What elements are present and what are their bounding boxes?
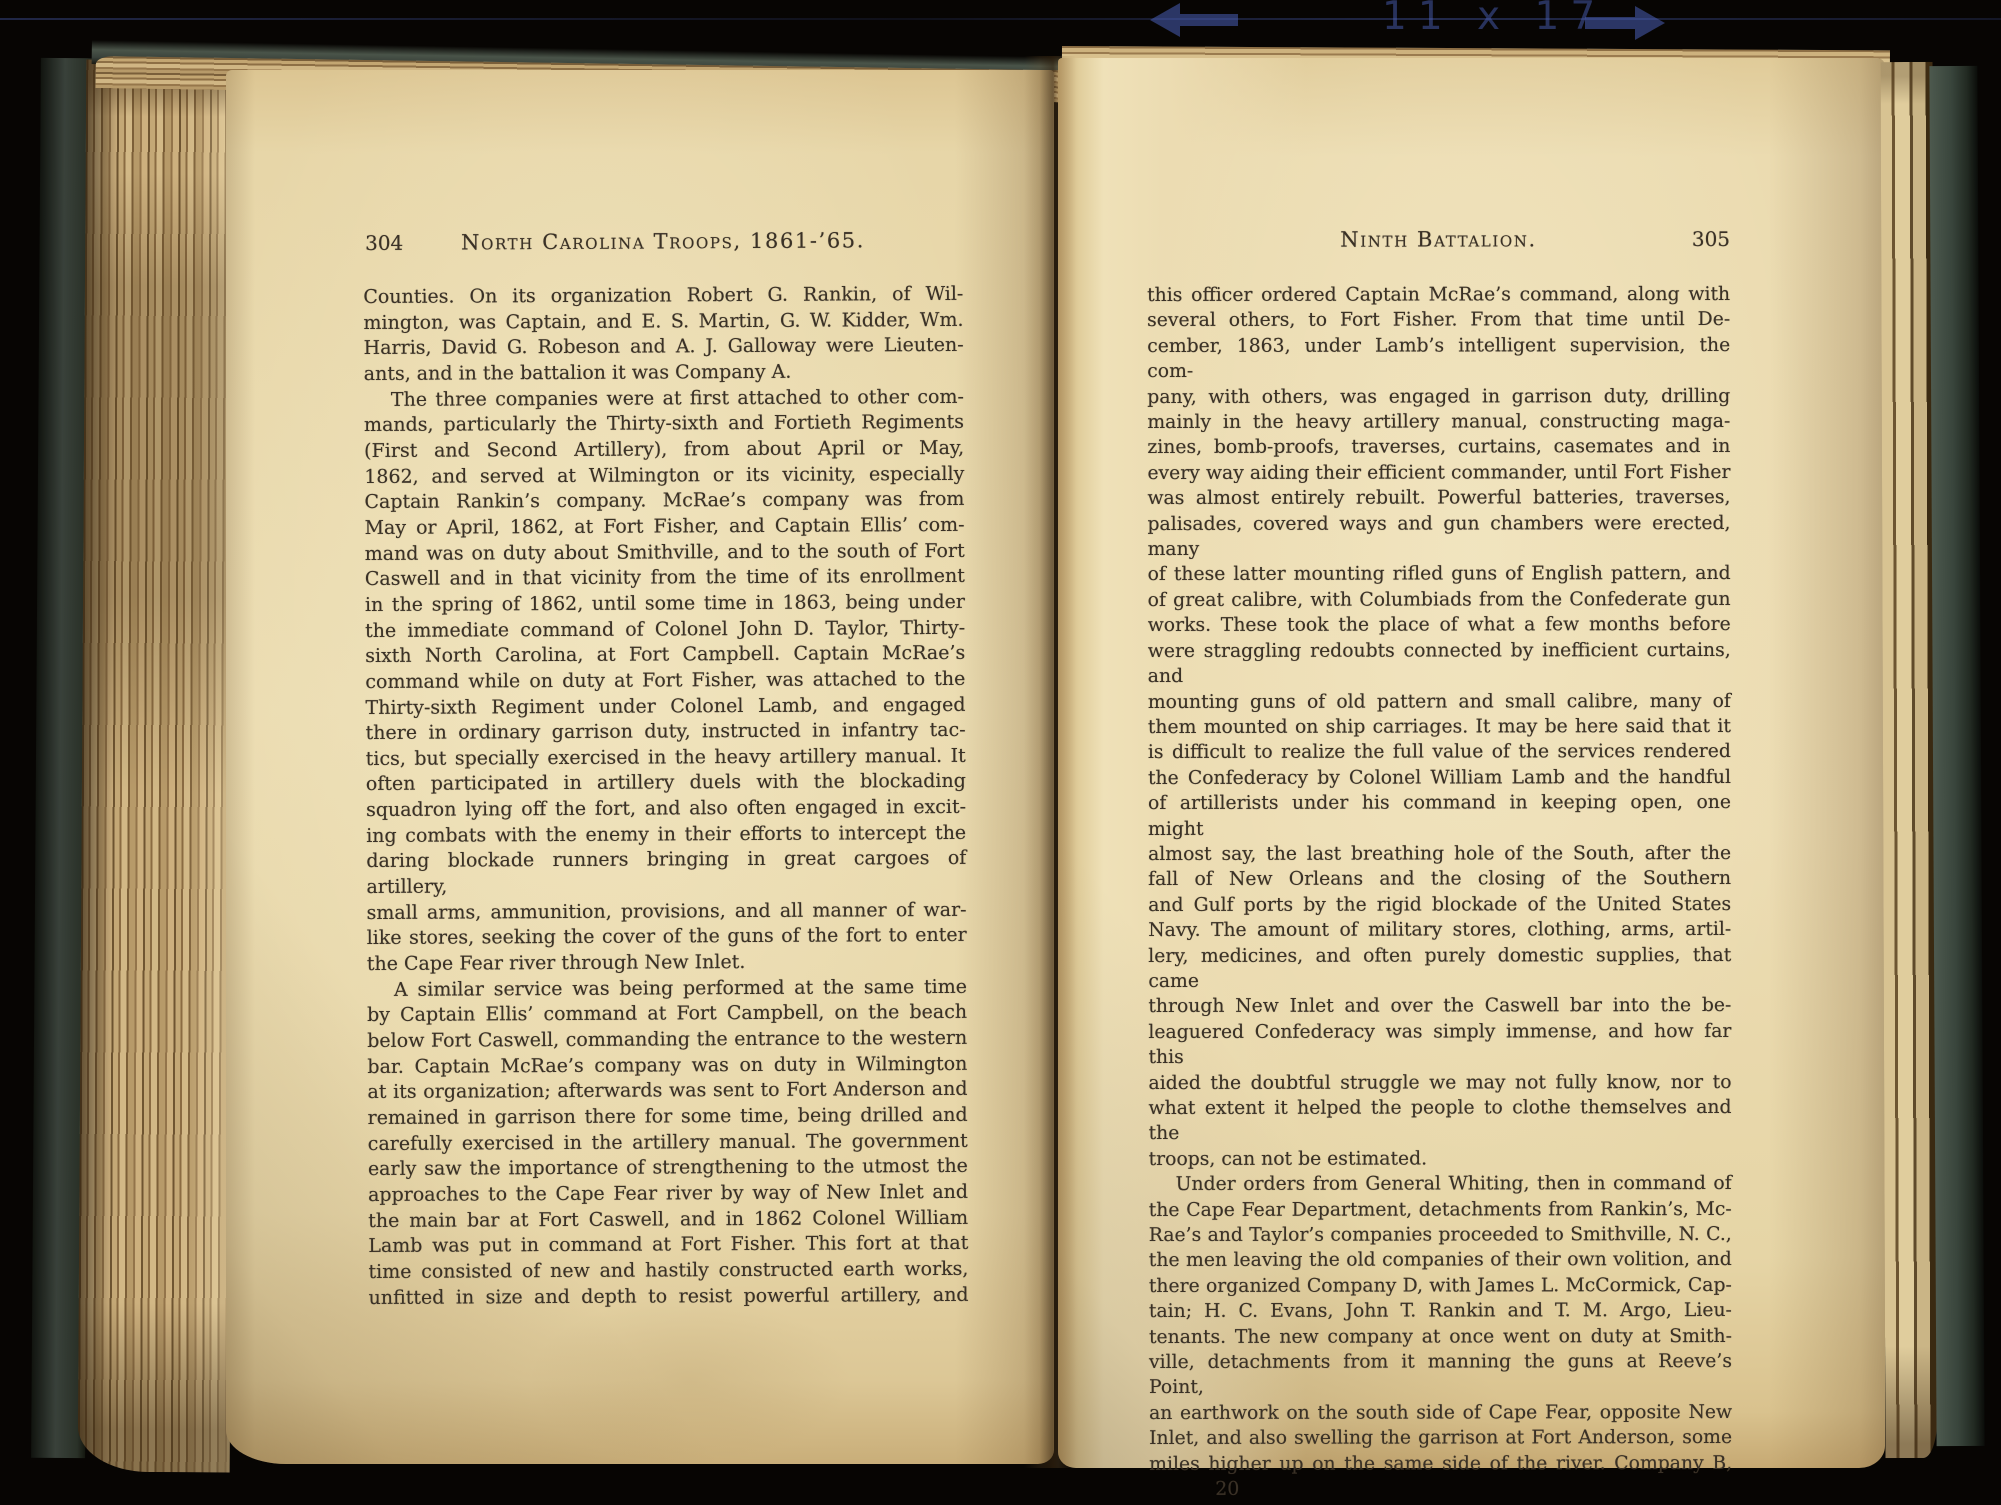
text-line: unfitted in size and depth to resist pow… — [369, 1282, 969, 1311]
text-line: remained in garrison there for some time… — [368, 1103, 968, 1132]
text-line: in the spring of 1862, until some time i… — [365, 590, 965, 619]
right-page-body: this officer ordered Captain McRae’s com… — [1147, 282, 1732, 1477]
text-line: zines, bomb-proofs, traverses, curtains,… — [1147, 434, 1730, 460]
text-line: of artillerists under his command in kee… — [1148, 790, 1731, 842]
text-line: A similar service was being performed at… — [367, 975, 967, 1004]
text-line: (First and Second Artillery), from about… — [364, 436, 964, 465]
text-line: Lamb was put in command at Fort Fisher. … — [368, 1231, 968, 1260]
arrow-tail — [1585, 17, 1635, 29]
scanner-guide-line — [0, 18, 2001, 20]
text-line: carefully exercised in the artillery man… — [368, 1129, 968, 1158]
text-line: below Fort Caswell, commanding the entra… — [367, 1026, 967, 1055]
text-line: palisades, covered ways and gun chambers… — [1147, 511, 1730, 563]
text-line: bar. Captain McRae’s company was on duty… — [367, 1052, 967, 1081]
text-line: time consisted of new and hastily constr… — [368, 1257, 968, 1286]
book-gutter-shadow — [1024, 56, 1076, 1468]
text-line: Counties. On its organization Robert G. … — [363, 282, 963, 311]
text-line: approaches to the Cape Fear river by way… — [368, 1180, 968, 1209]
text-line: ants, and in the battalion it was Compan… — [364, 359, 964, 388]
scanner-left-arrow-icon — [1150, 3, 1238, 37]
text-line: The three companies were at first attach… — [364, 384, 964, 413]
text-line: troops, can not be estimated. — [1149, 1146, 1732, 1172]
text-line: tics, but specially exercised in the hea… — [366, 744, 966, 773]
text-line: aided the doubtful struggle we may not f… — [1148, 1070, 1731, 1096]
text-line: mington, was Captain, and E. S. Martin, … — [363, 308, 963, 337]
text-line: tain; H. C. Evans, John T. Rankin and T.… — [1149, 1298, 1732, 1324]
scanned-book-photo: 11 x 17 304 North Carolina Troops, 1861-… — [0, 0, 2001, 1505]
text-line: early saw the importance of strengthenin… — [368, 1154, 968, 1183]
text-line: squadron lying off the fort, and also of… — [366, 795, 966, 824]
right-cover-edge — [1929, 66, 1984, 1446]
text-line: often participated in artillery duels wi… — [366, 769, 966, 798]
text-line: cember, 1863, under Lamb’s intelligent s… — [1147, 333, 1730, 385]
arrow-tail — [1180, 14, 1238, 26]
text-line: of these latter mounting rifled guns of … — [1148, 561, 1731, 587]
text-line: there in ordinary garrison duty, instruc… — [366, 718, 966, 747]
text-line: ing combats with the enemy in their effo… — [366, 821, 966, 850]
text-line: mand was on duty about Smithville, and t… — [365, 538, 965, 567]
text-line: them mounted on ship carriages. It may b… — [1148, 714, 1731, 740]
text-line: an earthwork on the south side of Cape F… — [1149, 1400, 1732, 1426]
text-line: ville, detachments from it manning the g… — [1149, 1349, 1732, 1401]
arrow-head — [1635, 6, 1665, 40]
text-line: mands, particularly the Thirty-sixth and… — [364, 410, 964, 439]
arrow-head — [1150, 3, 1180, 37]
right-page-edge-stack — [1881, 62, 1938, 1458]
left-page-edge-stack — [78, 60, 239, 1473]
scanner-size-label: 11 x 17 — [1382, 0, 1606, 39]
text-line: small arms, ammunition, provisions, and … — [367, 898, 967, 927]
text-line: were straggling redoubts connected by in… — [1148, 638, 1731, 690]
text-line: pany, with others, was engaged in garris… — [1147, 384, 1730, 410]
text-line: tenants. The new company at once went on… — [1149, 1324, 1732, 1350]
text-line: of great calibre, with Columbiads from t… — [1148, 587, 1731, 613]
text-line: miles higher up on the same side of the … — [1149, 1451, 1732, 1477]
text-line: and Gulf ports by the rigid blockade of … — [1148, 892, 1731, 918]
left-page-body: Counties. On its organization Robert G. … — [363, 282, 968, 1311]
scanner-bed-top-strip: 11 x 17 — [0, 0, 2001, 46]
text-line: at its organization; afterwards was sent… — [367, 1077, 967, 1106]
text-line: several others, to Fort Fisher. From tha… — [1147, 307, 1730, 333]
text-line: Harris, David G. Robeson and A. J. Gallo… — [364, 333, 964, 362]
left-running-header: North Carolina Troops, 1861-’65. — [363, 228, 963, 255]
text-line: there organized Company D, with James L.… — [1149, 1273, 1732, 1299]
text-line: by Captain Ellis’ command at Fort Campbe… — [367, 1000, 967, 1029]
text-line: Thirty-sixth Regiment under Colonel Lamb… — [365, 692, 965, 721]
printers-signature-mark: 20 — [1149, 1477, 1732, 1500]
text-line: Inlet, and also swelling the garrison at… — [1149, 1425, 1732, 1451]
right-page-number: 305 — [1692, 227, 1730, 251]
scanner-right-arrow-icon — [1585, 6, 1665, 40]
text-line: mainly in the heavy artillery manual, co… — [1147, 409, 1730, 435]
text-line: the Cape Fear river through New Inlet. — [367, 949, 967, 978]
text-line: was almost entirely rebuilt. Powerful ba… — [1147, 485, 1730, 511]
text-line: every way aiding their efficient command… — [1147, 460, 1730, 486]
text-line: 1862, and served at Wilmington or its vi… — [364, 461, 964, 490]
text-line: Caswell and in that vicinity from the ti… — [365, 564, 965, 593]
text-line: almost say, the last breathing hole of t… — [1148, 841, 1731, 867]
text-line: like stores, seeking the cover of the gu… — [367, 923, 967, 952]
text-line: Captain Rankin’s company. McRae’s compan… — [364, 487, 964, 516]
text-line: the Confederacy by Colonel William Lamb … — [1148, 765, 1731, 791]
right-page-header: Ninth Battalion. 305 — [1147, 227, 1730, 252]
text-line: works. These took the place of what a fe… — [1148, 612, 1731, 638]
left-page-text: 304 North Carolina Troops, 1861-’65. Cou… — [363, 228, 969, 1311]
text-line: command while on duty at Fort Fisher, wa… — [365, 667, 965, 696]
text-line: lery, medicines, and often purely domest… — [1148, 943, 1731, 995]
text-line: what extent it helped the people to clot… — [1149, 1095, 1732, 1147]
left-page-header: 304 North Carolina Troops, 1861-’65. — [363, 228, 963, 255]
text-line: leaguered Confederacy was simply immense… — [1148, 1019, 1731, 1071]
right-page-text: Ninth Battalion. 305 this officer ordere… — [1147, 227, 1732, 1500]
text-line: daring blockade runners bringing in grea… — [366, 846, 966, 900]
open-book: 304 North Carolina Troops, 1861-’65. Cou… — [0, 0, 2001, 1505]
text-line: through New Inlet and over the Caswell b… — [1148, 993, 1731, 1019]
text-line: Under orders from General Whiting, then … — [1149, 1171, 1732, 1197]
text-line: mounting guns of old pattern and small c… — [1148, 688, 1731, 714]
text-line: the men leaving the old companies of the… — [1149, 1247, 1732, 1273]
text-line: Navy. The amount of military stores, clo… — [1148, 917, 1731, 943]
text-line: the Cape Fear Department, detachments fr… — [1149, 1197, 1732, 1223]
text-line: is difficult to realize the full value o… — [1148, 739, 1731, 765]
text-line: sixth North Carolina, at Fort Campbell. … — [365, 641, 965, 670]
text-line: this officer ordered Captain McRae’s com… — [1147, 282, 1730, 308]
text-line: the main bar at Fort Caswell, and in 186… — [368, 1205, 968, 1234]
text-line: fall of New Orleans and the closing of t… — [1148, 866, 1731, 892]
text-line: the immediate command of Colonel John D.… — [365, 615, 965, 644]
right-running-header: Ninth Battalion. — [1147, 227, 1730, 252]
text-line: May or April, 1862, at Fort Fisher, and … — [364, 513, 964, 542]
text-line: Rae’s and Taylor’s companies proceeded t… — [1149, 1222, 1732, 1248]
